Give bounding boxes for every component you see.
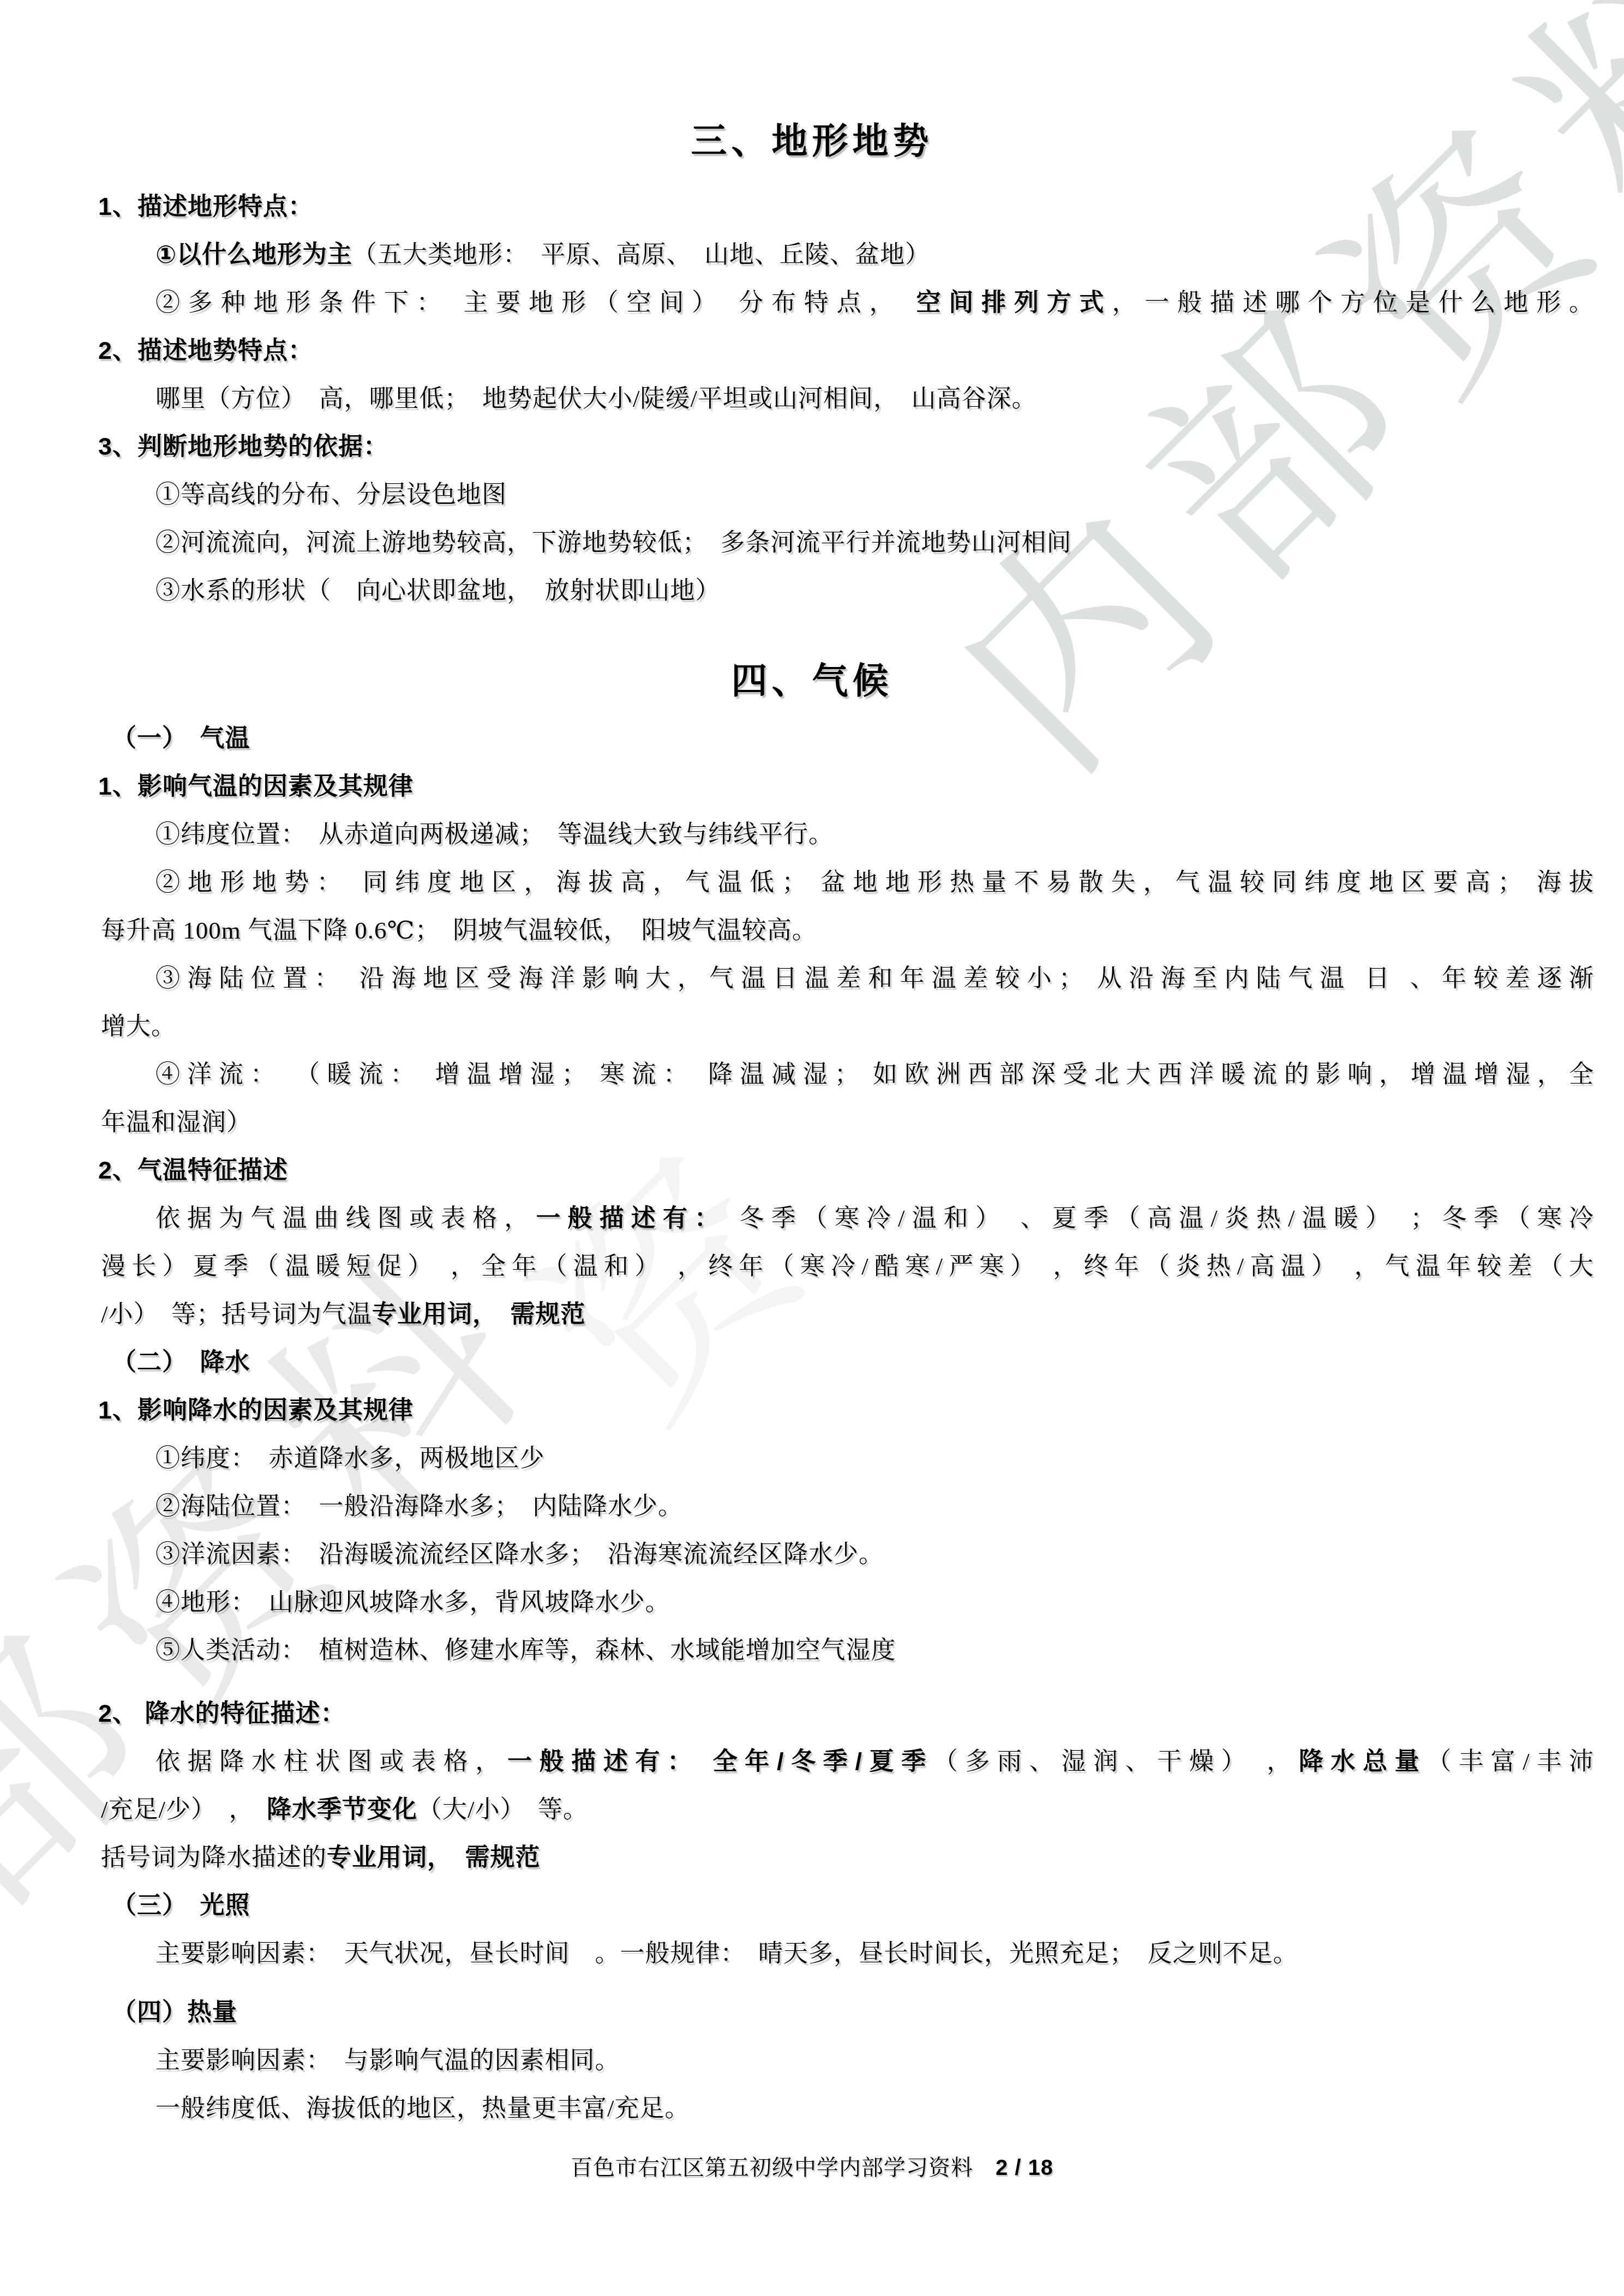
precipitation-desc-line-3: 括号词为降水描述的专业用词， 需规范: [0, 1834, 1624, 1882]
terrain-heading-2: 2、描述地势特点：: [0, 327, 1624, 375]
run: ①纬度： 赤道降水多，两极地区少: [155, 1445, 545, 1472]
temperature-desc-line-2: 漫长）夏季（温暖短促） ，全年（温和） ，终年（寒冷/酷寒/严寒） ，终年（炎热…: [0, 1242, 1624, 1290]
terrain-heading-1: 1、描述地形特点：: [0, 183, 1624, 231]
run: （五大类地形： 平原、高原、 山地、丘陵、盆地）: [352, 241, 930, 268]
terrain-basis-2: ②河流流向，河流上游地势较高，下游地势较低； 多条河流平行并流地势山河相间: [0, 519, 1624, 567]
run: ②海陆位置： 一般沿海降水多； 内陆降水少。: [155, 1493, 683, 1520]
document-page: 内部资料 资 内部资料 三、地形地势 1、描述地形特点： ①以什么地形为主（五大…: [0, 0, 1624, 2296]
run: 1、描述地形特点：: [98, 193, 313, 220]
run: （大/小） 等。: [417, 1796, 588, 1823]
run: （一） 气温: [112, 724, 250, 752]
run: 降水总量: [1299, 1747, 1427, 1775]
temperature-factor-2: ②地形地势： 同纬度地区，海拔高，气温低； 盆地地形热量不易散失，气温较同纬度地…: [0, 858, 1624, 906]
temperature-factor-4-cont: 年温和湿润）: [0, 1098, 1624, 1146]
run: （丰富/丰沛: [1427, 1748, 1594, 1775]
heat-desc-2: 一般纬度低、海拔低的地区，热量更丰富/充足。: [0, 2084, 1624, 2132]
run: 3、判断地形地势的依据：: [98, 432, 388, 460]
run: ①纬度位置： 从赤道向两极递减； 等温线大致与纬线平行。: [155, 821, 834, 848]
run: ③海陆位置： 沿海地区受海洋影响大，气温日温差和年温差较小； 从沿海至内陆气温 …: [155, 965, 1594, 992]
sunlight-desc: 主要影响因素： 天气状况，昼长时间 。一般规律： 晴天多，昼长时间长，光照充足；…: [0, 1930, 1624, 1978]
run: 一般纬度低、海拔低的地区，热量更丰富/充足。: [155, 2095, 690, 2122]
run: 全年/冬季/夏季: [713, 1747, 933, 1775]
run: 增大。: [101, 1013, 176, 1040]
run: 年温和湿润）: [101, 1109, 251, 1136]
run: 依据降水柱状图或表格，: [155, 1748, 507, 1775]
run: 一般描述有：: [536, 1204, 726, 1232]
terrain-heading-3: 3、判断地形地势的依据：: [0, 423, 1624, 471]
temperature-factor-4: ④洋流： （暖流： 增温增湿； 寒流： 降温减湿； 如欧洲西部深受北大西洋暖流的…: [0, 1050, 1624, 1098]
climate-sub-precipitation: （二） 降水: [0, 1338, 1624, 1386]
run: 漫长）夏季（温暖短促） ，全年（温和） ，终年（寒冷/酷寒/严寒） ，终年（炎热…: [101, 1253, 1594, 1280]
precipitation-desc-line-1: 依据降水柱状图或表格，一般描述有： 全年/冬季/夏季（多雨、湿润、干燥） ，降水…: [0, 1738, 1624, 1786]
run: （四）热量: [112, 1998, 237, 2026]
run: 依据为气温曲线图或表格，: [155, 1205, 536, 1232]
terrain-item-1: ①以什么地形为主（五大类地形： 平原、高原、 山地、丘陵、盆地）: [0, 231, 1624, 279]
run: /小） 等；括号词为气温: [101, 1301, 372, 1328]
precipitation-factor-5: ⑤人类活动： 植树造林、修建水库等，森林、水域能增加空气湿度: [0, 1626, 1624, 1674]
page-number: 2 / 18: [996, 2156, 1053, 2180]
precipitation-desc-heading: 2、 降水的特征描述：: [0, 1690, 1624, 1738]
run: ②地形地势： 同纬度地区，海拔高，气温低； 盆地地形热量不易散失，气温较同纬度地…: [155, 869, 1594, 896]
run: 空间排列方式: [916, 288, 1112, 316]
run: 主要影响因素： 天气状况，昼长时间 。一般规律： 晴天多，昼长时间长，光照充足；…: [155, 1940, 1298, 1967]
terrain-relief-desc: 哪里（方位） 高，哪里低； 地势起伏大小/陡缓/平坦或山河相间， 山高谷深。: [0, 375, 1624, 423]
run: （二） 降水: [112, 1348, 250, 1376]
run: /充足/少） ，: [101, 1796, 267, 1823]
run: ③洋流因素： 沿海暖流流经区降水多； 沿海寒流流经区降水少。: [155, 1541, 884, 1568]
climate-sub-temperature: （一） 气温: [0, 714, 1624, 762]
precipitation-desc-line-2: /充足/少） ， 降水季节变化（大/小） 等。: [0, 1786, 1624, 1834]
run: （多雨、湿润、干燥） ，: [933, 1748, 1299, 1775]
run: [699, 1748, 713, 1775]
precipitation-factor-3: ③洋流因素： 沿海暖流流经区降水多； 沿海寒流流经区降水少。: [0, 1530, 1624, 1578]
run: （三） 光照: [112, 1891, 250, 1919]
run: ②多种地形条件下： 主要地形（空间） 分布特点，: [155, 289, 916, 316]
run: ，一般描述哪个方位是什么地形。: [1112, 289, 1594, 316]
run: 降水季节变化: [267, 1795, 417, 1823]
footer-text: 百色市右江区第五初级中学内部学习资料: [571, 2155, 996, 2180]
run: ①以什么地形为主: [155, 241, 352, 268]
run: ①等高线的分布、分层设色地图: [155, 481, 507, 508]
run: 1、影响气温的因素及其规律: [98, 772, 414, 800]
temperature-desc-heading: 2、气温特征描述: [0, 1146, 1624, 1194]
climate-sub-sunlight: （三） 光照: [0, 1882, 1624, 1930]
run: 哪里（方位） 高，哪里低； 地势起伏大小/陡缓/平坦或山河相间， 山高谷深。: [155, 385, 1037, 412]
run: 2、 降水的特征描述：: [98, 1699, 346, 1727]
temperature-factor-1: ①纬度位置： 从赤道向两极递减； 等温线大致与纬线平行。: [0, 810, 1624, 858]
run: 括号词为降水描述的: [101, 1844, 327, 1871]
terrain-basis-3: ③水系的形状（ 向心状即盆地， 放射状即山地）: [0, 567, 1624, 615]
run: ⑤人类活动： 植树造林、修建水库等，森林、水域能增加空气湿度: [155, 1637, 896, 1664]
run: ④地形： 山脉迎风坡降水多，背风坡降水少。: [155, 1589, 670, 1616]
heat-desc-1: 主要影响因素： 与影响气温的因素相同。: [0, 2036, 1624, 2084]
terrain-item-2: ②多种地形条件下： 主要地形（空间） 分布特点， 空间排列方式，一般描述哪个方位…: [0, 279, 1624, 327]
precipitation-factor-2: ②海陆位置： 一般沿海降水多； 内陆降水少。: [0, 1482, 1624, 1530]
temperature-factors-heading: 1、影响气温的因素及其规律: [0, 762, 1624, 810]
run: 2、气温特征描述: [98, 1156, 288, 1184]
climate-sub-heat: （四）热量: [0, 1988, 1624, 2036]
precipitation-factors-heading: 1、影响降水的因素及其规律: [0, 1386, 1624, 1434]
run: 专业用词， 需规范: [327, 1843, 541, 1871]
run: ④洋流： （暖流： 增温增湿； 寒流： 降温减湿； 如欧洲西部深受北大西洋暖流的…: [155, 1061, 1594, 1088]
run: 冬季（寒冷/温和） 、夏季（高温/炎热/温暖） ；冬季（寒冷: [726, 1205, 1594, 1232]
temperature-factor-3: ③海陆位置： 沿海地区受海洋影响大，气温日温差和年温差较小； 从沿海至内陆气温 …: [0, 954, 1624, 1002]
temperature-factor-2-cont: 每升高 100m 气温下降 0.6℃； 阴坡气温较低， 阳坡气温较高。: [0, 906, 1624, 954]
temperature-desc-line-1: 依据为气温曲线图或表格，一般描述有： 冬季（寒冷/温和） 、夏季（高温/炎热/温…: [0, 1194, 1624, 1242]
temperature-factor-3-cont: 增大。: [0, 1002, 1624, 1050]
terrain-basis-1: ①等高线的分布、分层设色地图: [0, 471, 1624, 519]
temperature-desc-line-3: /小） 等；括号词为气温专业用词， 需规范: [0, 1290, 1624, 1338]
run: ③水系的形状（ 向心状即盆地， 放射状即山地）: [155, 577, 721, 604]
precipitation-factor-1: ①纬度： 赤道降水多，两极地区少: [0, 1434, 1624, 1482]
run: ②河流流向，河流上游地势较高，下游地势较低； 多条河流平行并流地势山河相间: [155, 529, 1072, 556]
precipitation-factor-4: ④地形： 山脉迎风坡降水多，背风坡降水少。: [0, 1578, 1624, 1626]
run: 主要影响因素： 与影响气温的因素相同。: [155, 2047, 620, 2074]
run: 一般描述有：: [507, 1747, 699, 1775]
document-content: 三、地形地势 1、描述地形特点： ①以什么地形为主（五大类地形： 平原、高原、 …: [0, 0, 1624, 2184]
page-footer: 百色市右江区第五初级中学内部学习资料 2 / 18: [0, 2151, 1624, 2184]
section-title-climate: 四、气候: [0, 652, 1624, 712]
section-title-terrain: 三、地形地势: [0, 112, 1624, 172]
run: 2、描述地势特点：: [98, 336, 313, 364]
run: 每升高 100m 气温下降 0.6℃； 阴坡气温较低， 阳坡气温较高。: [101, 917, 817, 944]
run: 1、影响降水的因素及其规律: [98, 1396, 414, 1424]
run: 专业用词， 需规范: [372, 1300, 586, 1328]
